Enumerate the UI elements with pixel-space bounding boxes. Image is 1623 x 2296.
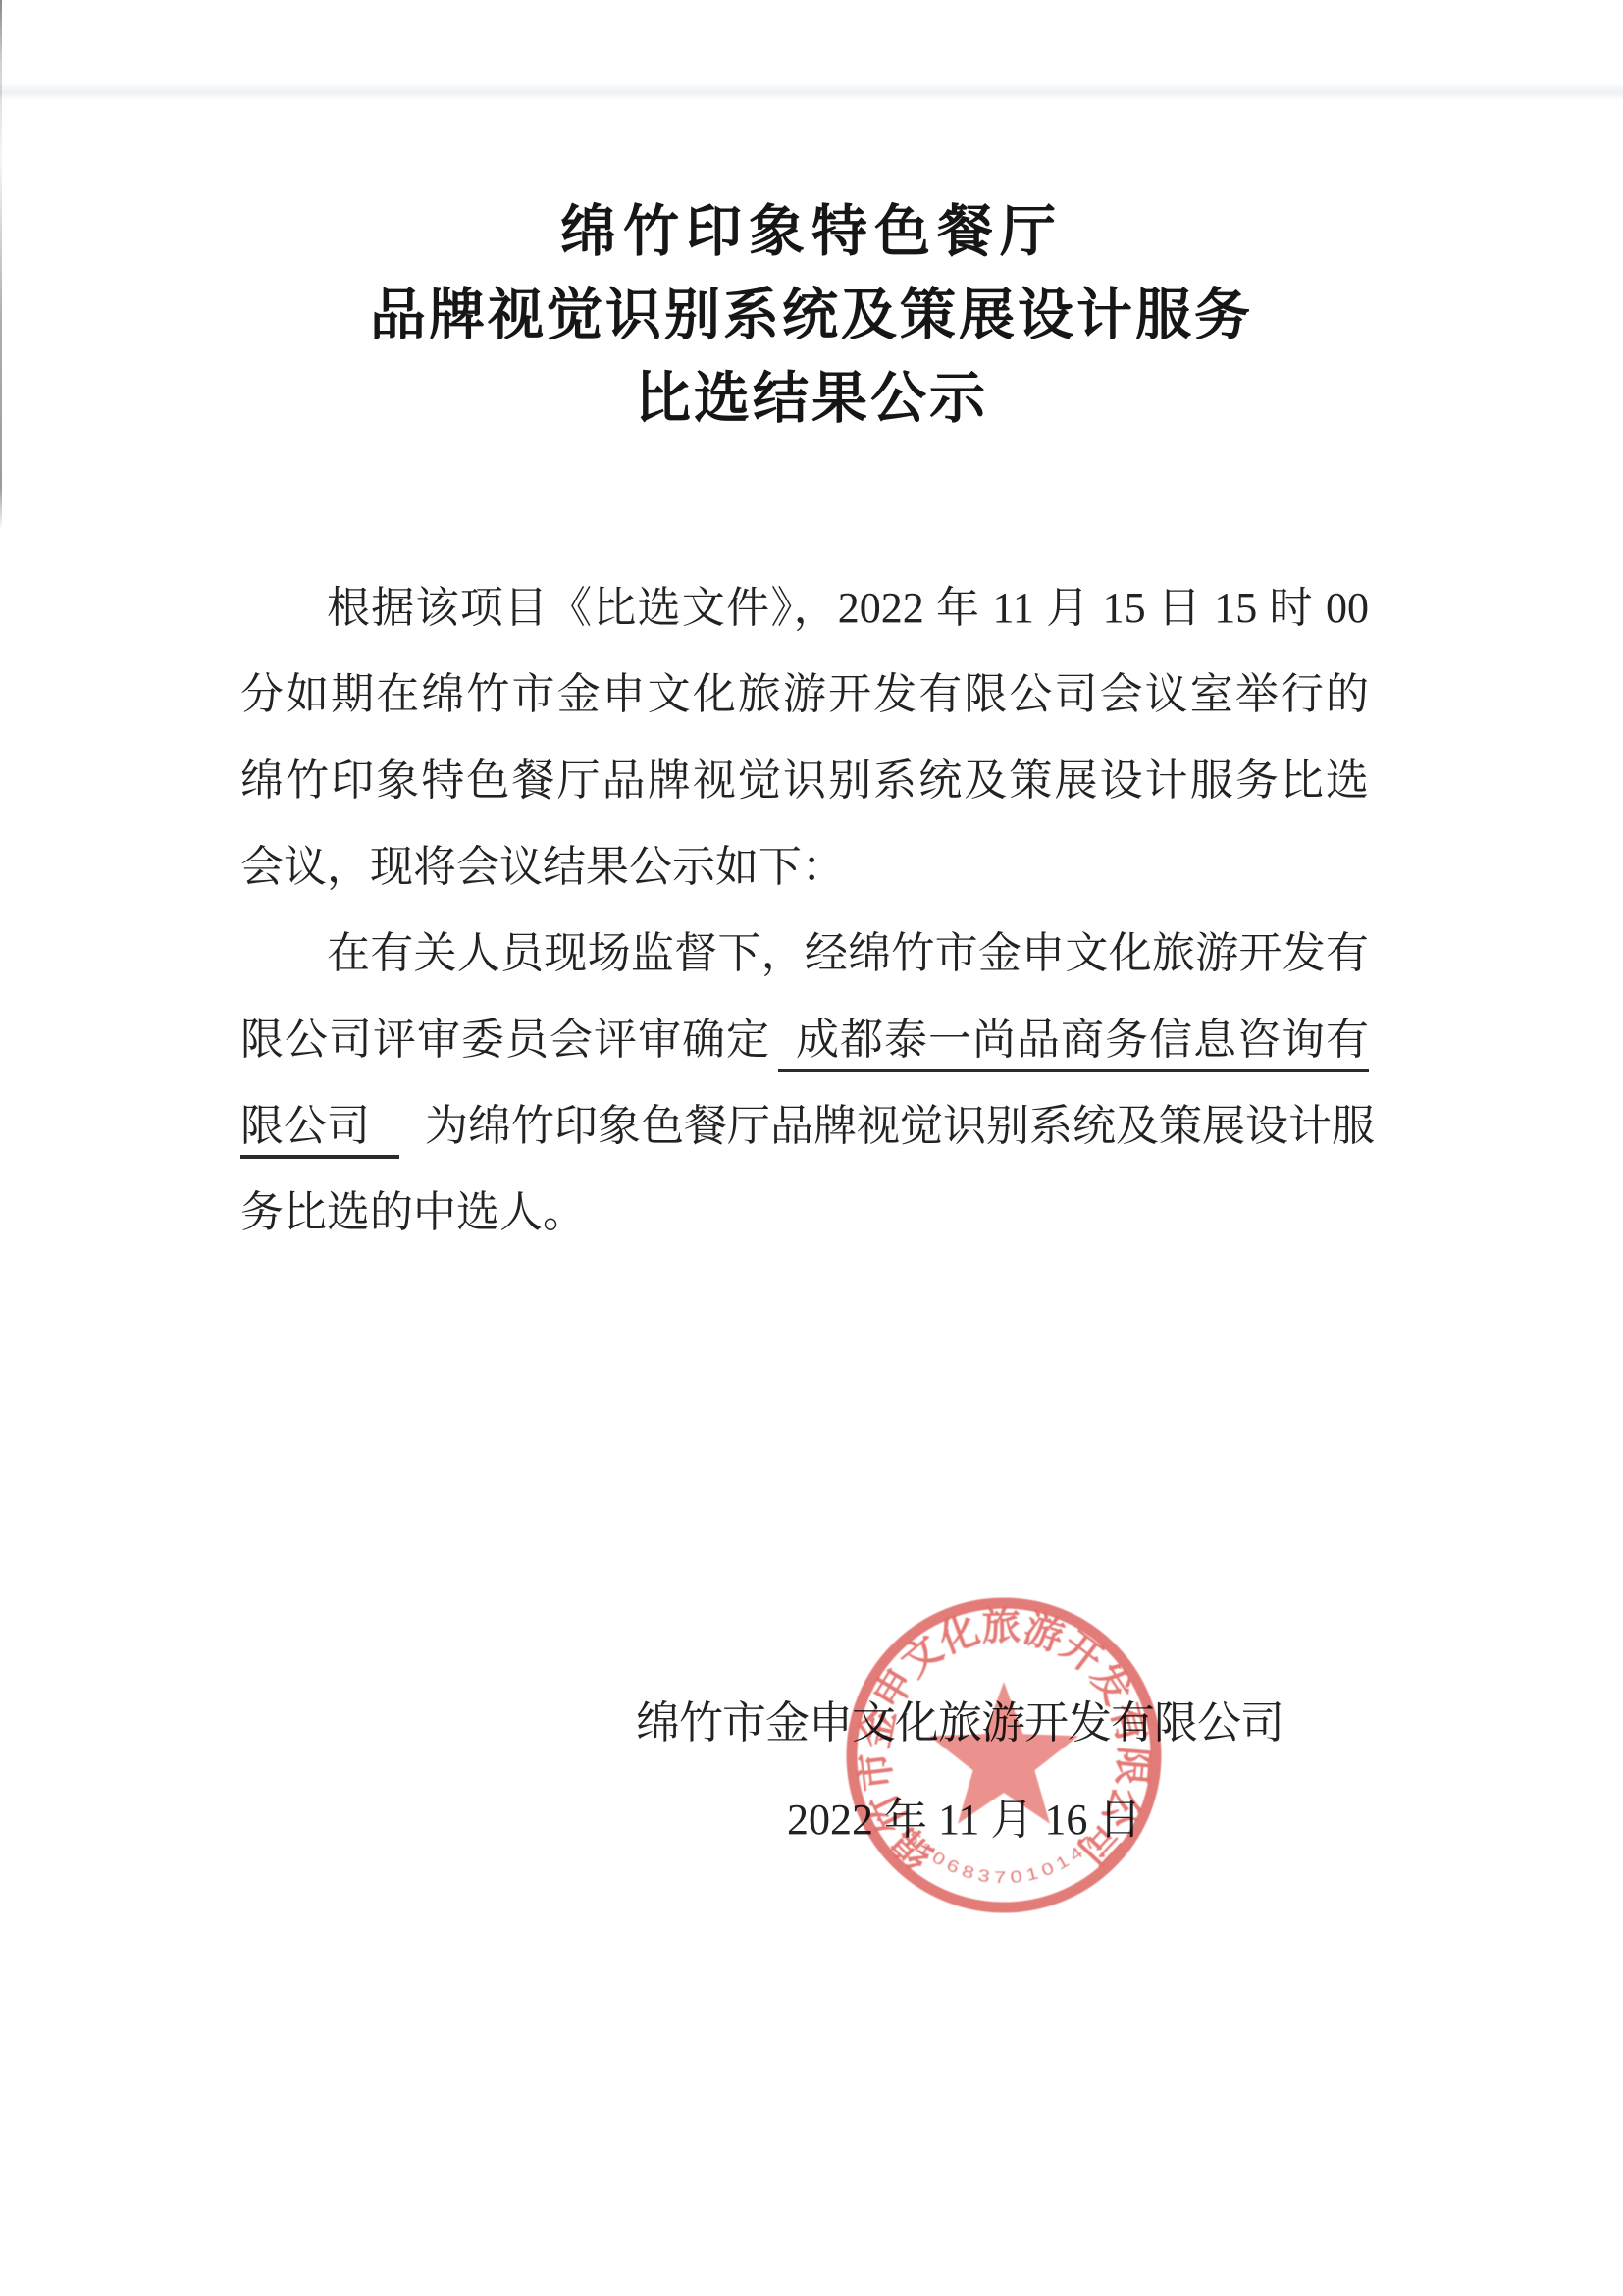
seal-graphic: 绵竹市金申文化旅游开发有限公司 5106837010147 [808,1559,1200,1952]
body-line: 绵竹印象特色餐厅品牌视觉识别系统及策展设计服务比选 [240,738,1369,824]
body-line: 根据该项目《比选文件》，2022 年 11 月 15 日 15 时 00 [240,565,1369,652]
body-line: 务比选的中选人。 [240,1170,1369,1256]
scanned-document-page: 绵竹印象特色餐厅 品牌视觉识别系统及策展设计服务 比选结果公示 根据该项目《比选… [0,0,1623,2296]
body-text: 限公司评审委员会评审确定 [240,1016,770,1064]
document-title: 绵竹印象特色餐厅 品牌视觉识别系统及策展设计服务 比选结果公示 [0,190,1623,441]
document-body: 根据该项目《比选文件》，2022 年 11 月 15 日 15 时 00 分如期… [240,565,1369,1256]
company-seal: 绵竹市金申文化旅游开发有限公司 5106837010147 [808,1559,1200,1952]
body-line-with-underline: 限公司评审委员会评审确定成都泰一尚品商务信息咨询有 [240,997,1369,1083]
body-line: 在有关人员现场监督下，经绵竹市金申文化旅游开发有 [240,911,1369,997]
title-line-2: 品牌视觉识别系统及策展设计服务 [0,274,1623,357]
title-line-3: 比选结果公示 [0,357,1623,441]
body-line: 会议，现将会议结果公示如下： [240,824,1369,911]
body-text: 为绵竹印象色餐厅品牌视觉识别系统及策展设计服 [425,1102,1375,1150]
scan-artifact-band [0,84,1623,99]
body-line-with-underline: 限公司为绵竹印象色餐厅品牌视觉识别系统及策展设计服 [240,1083,1369,1170]
winner-company-underlined: 成都泰一尚品商务信息咨询有 [778,1016,1369,1072]
body-line: 分如期在绵竹市金申文化旅游开发有限公司会议室举行的 [240,652,1369,738]
title-line-1: 绵竹印象特色餐厅 [0,190,1623,274]
star-icon [929,1682,1078,1824]
winner-company-underlined: 限公司 [240,1102,399,1159]
